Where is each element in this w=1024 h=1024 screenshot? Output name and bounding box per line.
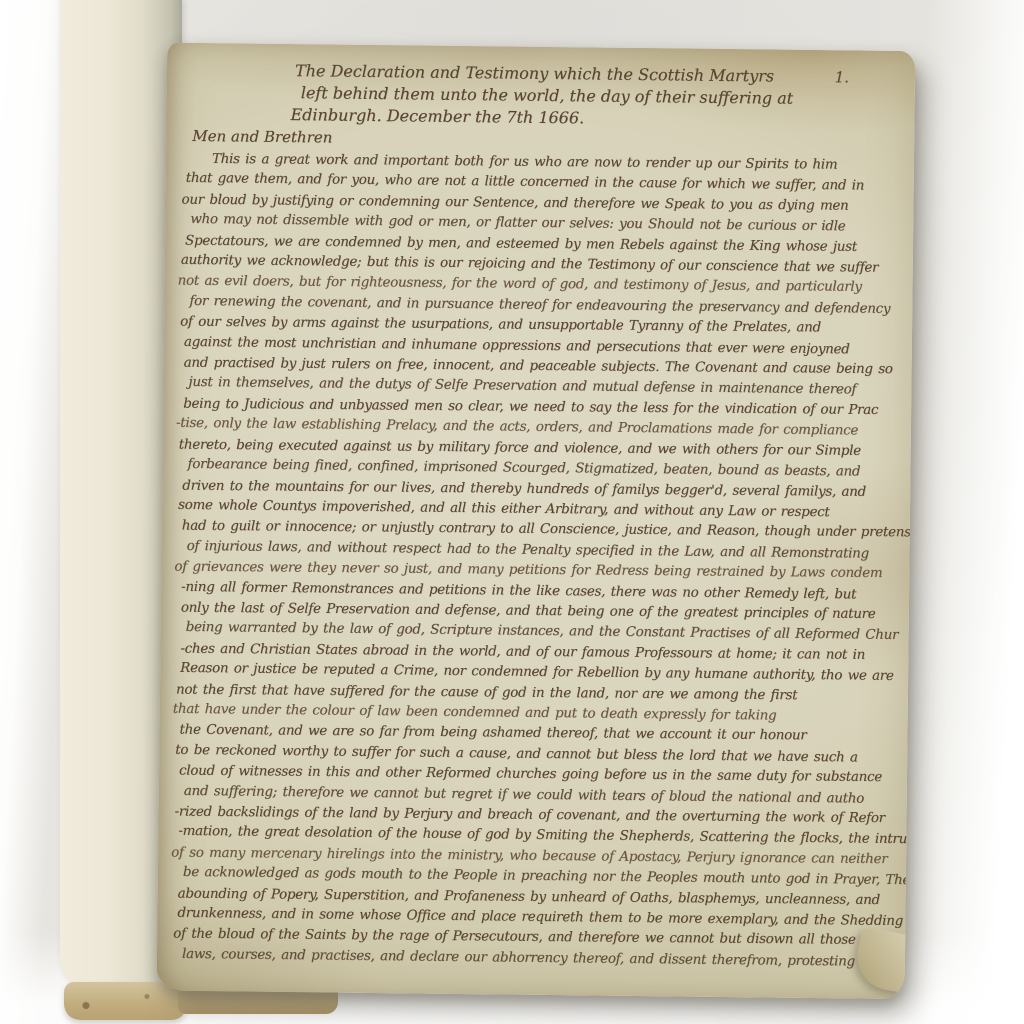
title-block: The Declaration and Testimony which the …	[186, 59, 889, 133]
manuscript-photo: 1. The Declaration and Testimony which t…	[0, 0, 1024, 1024]
page-number: 1.	[835, 68, 850, 86]
manuscript-body: This is a great work and important both …	[177, 149, 888, 973]
page-surface: 1. The Declaration and Testimony which t…	[157, 43, 916, 999]
manuscript-page: 1. The Declaration and Testimony which t…	[157, 43, 916, 999]
